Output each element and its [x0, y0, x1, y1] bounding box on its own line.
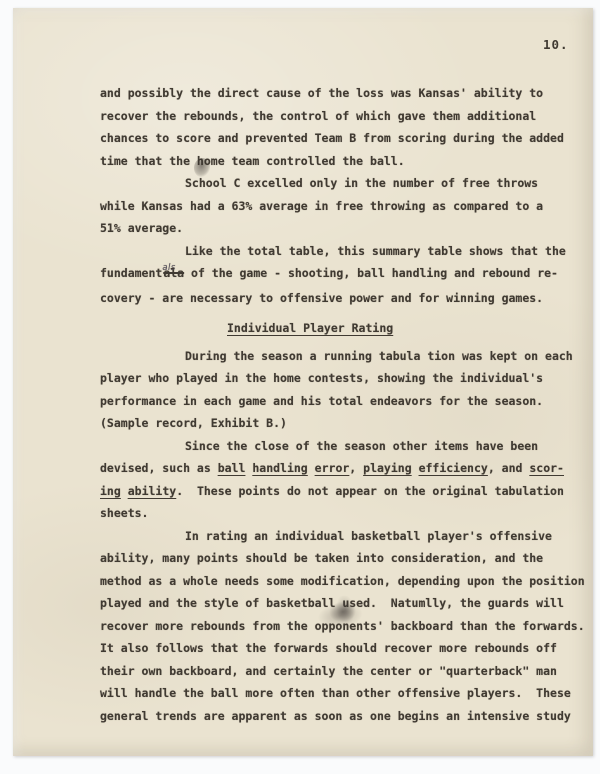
typed-line: performance in each game and his total e… [100, 390, 579, 413]
typed-text [412, 461, 419, 475]
typed-text: while Kansas had a 63% average in free t… [100, 199, 543, 213]
typed-text: performance in each game and his total e… [100, 394, 543, 408]
typed-line: ing ability. These points do not appear … [100, 480, 579, 503]
typed-text: error [315, 461, 350, 475]
typed-line: covery - are necessary to offensive powe… [100, 287, 579, 310]
typed-line: devised, such as ball handling error, pl… [100, 457, 579, 480]
typed-text: handling [252, 461, 307, 475]
typed-line: Since the close of the season other item… [100, 435, 579, 458]
typed-text: method as a whole needs some modificatio… [100, 574, 585, 588]
typed-line: and possibly the direct cause of the los… [100, 82, 579, 105]
typed-text: Individual Player Rating [227, 321, 393, 335]
typed-text: played and the style of basketball used.… [100, 596, 564, 610]
typed-text: scor- [529, 461, 564, 475]
typed-text [121, 484, 128, 498]
section-heading: Individual Player Rating [227, 317, 579, 340]
typed-text: During the season a running tabula tion … [185, 349, 573, 363]
typed-text: their own backboard, and certainly the c… [100, 664, 557, 678]
typed-text: playing [363, 461, 411, 475]
typed-line: will handle the ball more often than oth… [100, 682, 579, 705]
typed-text: will handle the ball more often than oth… [100, 686, 571, 700]
typed-text: , [349, 461, 363, 475]
typed-text: and possibly the direct cause of the los… [100, 86, 543, 100]
typed-text [308, 461, 315, 475]
typed-text: efficiency [419, 461, 488, 475]
typed-text: chances to score and prevented Team B fr… [100, 131, 564, 145]
typed-text: Since the close of the season other item… [185, 439, 538, 453]
typed-text: general trends are apparent as soon as o… [100, 709, 571, 723]
typed-text: covery - are necessary to offensive powe… [100, 291, 543, 305]
typed-line: recover the rebounds, the control of whi… [100, 105, 579, 128]
scan-background: 10. and possibly the direct cause of the… [0, 0, 600, 774]
typed-line: sheets. [100, 502, 579, 525]
typed-line: Like the total table, this summary table… [100, 240, 579, 263]
typed-text: ing [100, 484, 121, 498]
typed-text: (Sample record, Exhibit B.) [100, 416, 287, 430]
typed-line: 51% average. [100, 217, 579, 240]
typed-text: ball [218, 461, 246, 475]
typed-text: ability [128, 484, 176, 498]
typed-line: During the season a running tabula tion … [100, 345, 579, 368]
typed-text: ability, many points should be taken int… [100, 551, 543, 565]
typed-text: 51% average. [100, 221, 183, 235]
typed-line: It also follows that the forwards should… [100, 637, 579, 660]
typed-text: fundament [100, 266, 162, 280]
document-page: 10. and possibly the direct cause of the… [13, 8, 593, 756]
typed-text: recover the rebounds, the control of whi… [100, 109, 536, 123]
typed-line: played and the style of basketball used.… [100, 592, 579, 615]
typed-line: chances to score and prevented Team B fr… [100, 127, 579, 150]
typed-text: It also follows that the forwards should… [100, 641, 557, 655]
typed-text: player who played in the home contests, … [100, 371, 543, 385]
typed-text: of the game - shooting, ball handling an… [184, 266, 558, 280]
page-number: 10. [543, 37, 569, 52]
typed-line: method as a whole needs some modificatio… [100, 570, 579, 593]
typed-text: . These points do not appear on the orig… [176, 484, 564, 498]
typed-line: time that the home team controlled the b… [100, 150, 579, 173]
typed-line: while Kansas had a 63% average in free t… [100, 195, 579, 218]
typed-text: , and [488, 461, 530, 475]
typed-text: sheets. [100, 506, 148, 520]
typed-line: general trends are apparent as soon as o… [100, 705, 579, 728]
typed-text: School C excelled only in the number of … [185, 176, 538, 190]
typed-text: devised, such as [100, 461, 218, 475]
typed-line: fundamentalsala of the game - shooting, … [100, 262, 579, 287]
typed-text: recover more rebounds from the opponents… [100, 619, 585, 633]
typed-line: player who played in the home contests, … [100, 367, 579, 390]
typed-line: ability, many points should be taken int… [100, 547, 579, 570]
typed-text: time that the home team controlled the b… [100, 154, 405, 168]
typed-line: School C excelled only in the number of … [100, 172, 579, 195]
typed-line: In rating an individual basketball playe… [100, 525, 579, 548]
typed-text: In rating an individual basketball playe… [185, 529, 552, 543]
typed-line: (Sample record, Exhibit B.) [100, 412, 579, 435]
typed-line: their own backboard, and certainly the c… [100, 660, 579, 683]
typed-text: Like the total table, this summary table… [185, 244, 566, 258]
typed-line: recover more rebounds from the opponents… [100, 615, 579, 638]
typed-text-block: and possibly the direct cause of the los… [100, 82, 579, 727]
